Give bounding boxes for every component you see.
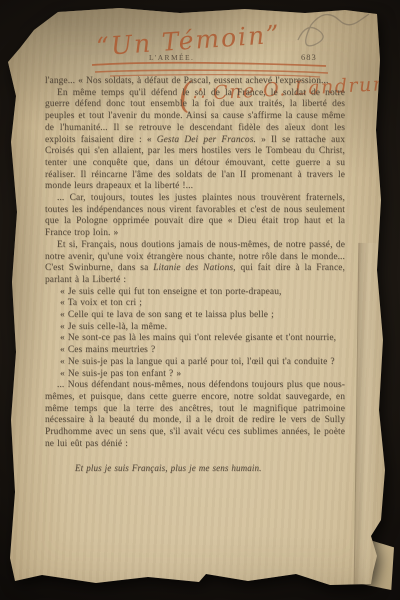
running-title: L'ARMÉE. [149, 53, 194, 62]
closing-verse: Et plus je suis Français, plus je me sen… [75, 463, 345, 475]
page-header: L'ARMÉE. 683 [45, 53, 345, 65]
paper-shadow-wrap: L'ARMÉE. 683 “Un Témoin” (∴ Cne O. Landr… [0, 0, 400, 600]
page-text-block: l'ange... « Nos soldats, à défaut de Pas… [45, 76, 345, 474]
quote-line: « Ne sont-ce pas là les mains qui t'ont … [45, 333, 345, 345]
handwritten-officer-note: (∴ Cne O. Landrum) [177, 64, 400, 117]
paper-fold-crease [354, 243, 382, 588]
paragraph-3-italic: Litanie des Nations [153, 263, 233, 273]
paragraph-4: ... Nous défendant nous-mêmes, nous défe… [45, 380, 345, 450]
quote-line: « Ne suis-je pas ton enfant ? » [45, 369, 345, 381]
paragraph-3: Et si, Français, nous doutions jamais de… [45, 240, 345, 287]
paragraph-1: En même temps qu'il défend le sol de la … [45, 88, 345, 193]
officer-note-text: ∴ Cne O. Landrum [192, 73, 393, 105]
quote-line: « Ta voix et ton cri ; [45, 298, 345, 310]
quote-line: « Je suis celle-là, la même. [45, 322, 345, 334]
paragraph-2: ... Car, toujours, toutes les justes pla… [45, 193, 345, 240]
quote-line: « Ces mains meurtries ? [45, 345, 345, 357]
officer-note-open-paren: ( [177, 75, 193, 117]
paragraph-3-b: , qui fait dire à la France, parlant à l… [45, 263, 345, 285]
quote-line: « Celle qui te lava de son sang et te la… [45, 310, 345, 322]
quote-line: « Je suis celle qui fut ton enseigne et … [45, 287, 345, 299]
paragraph-3-a: Et si, Français, nous doutions jamais de… [45, 240, 345, 273]
paragraph-1-b: » Il se rattache aux Croisés qui s'en al… [45, 135, 345, 192]
handwritten-title-note: “Un Témoin” [95, 20, 282, 62]
page-number: 683 [301, 52, 317, 62]
pencil-signature [292, 10, 372, 56]
document-page: L'ARMÉE. 683 “Un Témoin” (∴ Cne O. Landr… [0, 0, 400, 600]
paragraph-1-a: En même temps qu'il défend le sol de la … [45, 88, 345, 145]
photo-background: L'ARMÉE. 683 “Un Témoin” (∴ Cne O. Landr… [0, 0, 400, 600]
officer-note-close-paren: ) [391, 64, 400, 106]
quote-line: « Ne suis-je pas la langue qui a parlé p… [45, 357, 345, 369]
paragraph-intro: l'ange... « Nos soldats, à défaut de Pas… [45, 76, 345, 88]
paragraph-1-italic: Gesta Dei per Francos. [157, 135, 256, 145]
red-underline-strokes [88, 56, 334, 82]
